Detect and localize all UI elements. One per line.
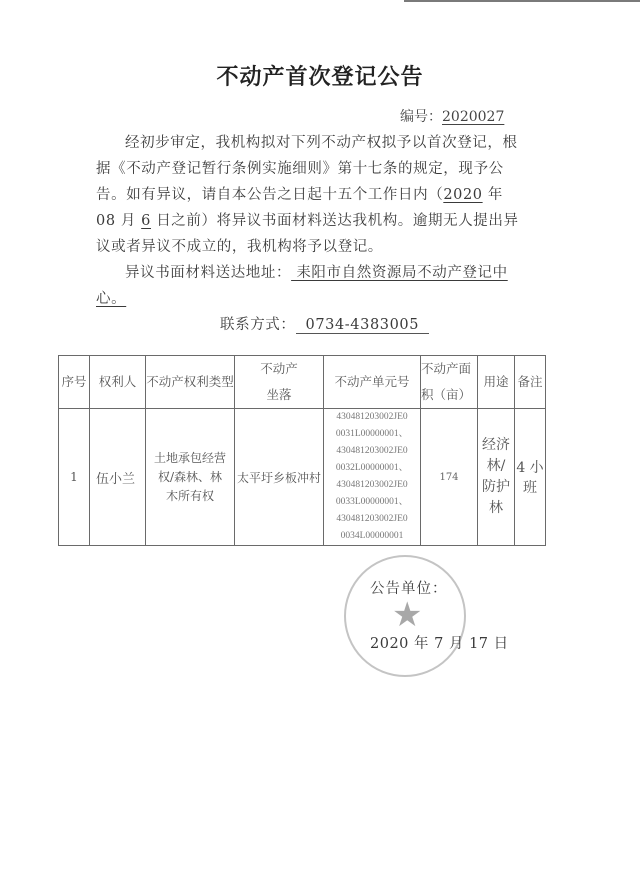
issuer-label: 公告单位： — [370, 577, 448, 598]
cell-seq: 1 — [59, 409, 90, 546]
header-area-line1: 不动产面 — [421, 359, 477, 379]
body-text-part-3: 日之前）将异议书面材料送达我机构。逾期无人提出异议或者异议不成立的，我机构将予以… — [96, 213, 519, 255]
header-right-type: 不动产权利类型 — [146, 356, 235, 409]
header-area-line2: 积（亩） — [421, 385, 477, 405]
contact-phone: 0734-4383005 — [296, 317, 430, 334]
seal-star-icon: ★ — [392, 598, 422, 632]
cell-note: 4 小班 — [515, 409, 546, 546]
deadline-year: 2020 — [443, 187, 482, 203]
header-owner: 权利人 — [90, 356, 146, 409]
unit-no-line: 430481203002JE0 — [324, 511, 420, 528]
header-location-line1: 不动产 — [235, 359, 323, 379]
cell-unit-no: 430481203002JE0 0031L00000001、 430481203… — [324, 409, 421, 546]
header-note: 备注 — [515, 356, 546, 409]
header-location-line2: 坐落 — [235, 385, 323, 405]
contact-info: 联系方式：0734-4383005 — [220, 313, 429, 334]
unit-no-line: 0031L00000001、 — [324, 426, 420, 443]
header-use: 用途 — [478, 356, 515, 409]
address-label: 异议书面材料送达地址： — [125, 265, 291, 281]
use-line: 防护 — [478, 477, 514, 498]
header-unit-no: 不动产单元号 — [324, 356, 421, 409]
unit-no-line: 430481203002JE0 — [324, 409, 420, 426]
table-header-row: 序号 权利人 不动产权利类型 不动产 坐落 不动产单元号 不动产面 积（亩） 用… — [59, 356, 546, 409]
cell-area: 174 — [421, 409, 478, 546]
document-title: 不动产首次登记公告 — [0, 60, 640, 91]
use-line: 林 — [478, 498, 514, 519]
unit-no-line: 0032L00000001、 — [324, 460, 420, 477]
use-line: 经济 — [478, 435, 514, 456]
header-location: 不动产 坐落 — [235, 356, 324, 409]
announcement-date: 2020 年 7 月 17 日 — [370, 632, 509, 653]
unit-no-line: 430481203002JE0 — [324, 443, 420, 460]
cell-owner: 伍小兰 — [90, 409, 146, 546]
announcement-body: 经初步审定，我机构拟对下列不动产权拟予以首次登记，根据《不动产登记暂行条例实施细… — [96, 130, 526, 260]
contact-label: 联系方式： — [220, 317, 296, 333]
document-number-label: 编号： — [400, 109, 442, 125]
scan-edge-artifact — [404, 0, 640, 2]
use-line: 林/ — [478, 456, 514, 477]
document-number: 编号：2020027 — [400, 106, 504, 126]
cell-right-type: 土地承包经营权/森林、林木所有权 — [146, 409, 235, 546]
unit-no-line: 430481203002JE0 — [324, 477, 420, 494]
objection-address: 异议书面材料送达地址： 耒阳市自然资源局不动产登记中心。 — [96, 260, 536, 312]
unit-no-line: 0034L00000001 — [324, 528, 420, 545]
document-number-value: 2020027 — [442, 109, 504, 125]
cell-location: 太平圩乡板冲村 — [235, 409, 324, 546]
cell-use: 经济 林/ 防护 林 — [478, 409, 515, 546]
deadline-day: 6 — [141, 213, 151, 229]
header-area: 不动产面 积（亩） — [421, 356, 478, 409]
registration-table: 序号 权利人 不动产权利类型 不动产 坐落 不动产单元号 不动产面 积（亩） 用… — [58, 355, 546, 546]
header-seq: 序号 — [59, 356, 90, 409]
table-row: 1 伍小兰 土地承包经营权/森林、林木所有权 太平圩乡板冲村 430481203… — [59, 409, 546, 546]
unit-no-line: 0033L00000001、 — [324, 494, 420, 511]
